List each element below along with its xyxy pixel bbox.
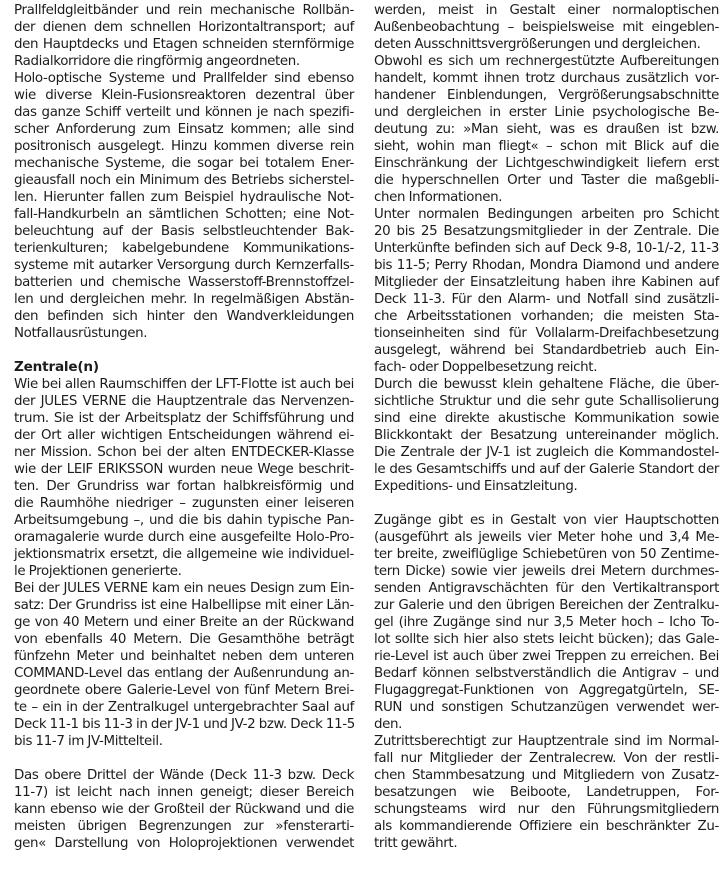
text-line: batterien und chemische Wasserstoff-Bren… (14, 274, 354, 291)
text-line: fall-Handkurbeln an sämtlichen Schotten;… (14, 206, 354, 223)
text-line: terienkulturen; kabelgebundene Kommunika… (14, 240, 354, 257)
text-line: Zugänge gibt es in Gestalt von vier Haup… (374, 512, 719, 529)
text-line: kann ebenso wie der Großteil der Rückwan… (14, 801, 354, 818)
text-line: Das obere Drittel der Wände (Deck 11-3 b… (14, 767, 354, 784)
text-line: chen Informationen. (374, 189, 719, 206)
text-line: RUN und sonstigen Schutzanzügen verwende… (374, 699, 719, 716)
text-line: Außenbeobachtung – beispielsweise mit ei… (374, 19, 719, 36)
text-line: gel (ihre Zugänge sind nur 3,5 Meter hoc… (374, 614, 719, 631)
text-line: der JULES VERNE die Hauptzentrale das Ne… (14, 393, 354, 410)
text-line: ten. Der Grundriss war fortan halbkreisf… (14, 478, 354, 495)
text-line: Mitglieder der Einsatzleitung haben ihre… (374, 274, 719, 291)
text-line: ter breite, zweiflüglige Schiebetüren vo… (374, 546, 719, 563)
text-line: den befinden sich hinter den Wandverklei… (14, 308, 354, 325)
text-line: chen Stammbesatzung und Mitgliedern von … (374, 767, 719, 784)
text-line: Notfallausrüstungen. (14, 325, 354, 342)
text-line: COMMAND-Level das entlang der Außenrundu… (14, 665, 354, 682)
text-line: che Arbeitsstationen vorhanden; die meis… (374, 308, 719, 325)
text-line: meisten übrigen Begrenzungen zur »fenste… (14, 818, 354, 835)
right-column: werden, meist in Gestalt einer normalopt… (374, 2, 719, 852)
text-line: sind eine direkte akustische Kommunikati… (374, 410, 719, 427)
text-line: die Raumhöhe niedriger – zugunsten einer… (14, 495, 354, 512)
text-line: len. Hierunter fallen zum Beispiel hydra… (14, 189, 354, 206)
text-line: Unterkünfte befinden sich auf Deck 9-8, … (374, 240, 719, 257)
paragraph: Wie bei allen Raumschiffen der LFT-Flott… (14, 376, 354, 580)
text-line: handener Einblendungen, Vergrößerungsabs… (374, 87, 719, 104)
text-line: geordnete obere Galerie-Level von fünf M… (14, 682, 354, 699)
text-line: 20 bis 25 Besatzungsmitglieder in der Ze… (374, 223, 719, 240)
text-line: len und dergleichen mehr. In regelmäßige… (14, 291, 354, 308)
text-line: wie der LEIF ERIKSSON wurden neue Wege b… (14, 461, 354, 478)
paragraph-spacer (14, 750, 354, 767)
text-line: zur Galerie und den übrigen Bereichen de… (374, 597, 719, 614)
text-line: te – ein in der Zentralkugel untergebrac… (14, 699, 354, 716)
paragraph: werden, meist in Gestalt einer normalopt… (374, 2, 719, 53)
text-line: Prallfeldgleitbänder und rein mechanisch… (14, 2, 354, 19)
text-line: sichtliche Struktur und die sehr gute Sc… (374, 393, 719, 410)
text-line: werden, meist in Gestalt einer normalopt… (374, 2, 719, 19)
text-line: deten Ausschnittsvergrößerungen und derg… (374, 36, 719, 53)
paragraph: Holo-optische Systeme und Prallfelder si… (14, 70, 354, 342)
text-line: tionseinheiten sind für Vollalarm-Dreifa… (374, 325, 719, 342)
paragraph-spacer (14, 342, 354, 359)
text-line: Blickkontakt der Besatzung untereinander… (374, 427, 719, 444)
text-line: 11-7) ist leicht nach innen geneigt; die… (14, 784, 354, 801)
text-line: positronisch ausgelegt. Hinzu kommen div… (14, 138, 354, 155)
text-line: den Hauptdecks und Etagen schneiden ster… (14, 36, 354, 53)
text-line: Bedarf können selbstverständlich die Ant… (374, 665, 719, 682)
text-line: deutung zu: »Man sieht, was es draußen i… (374, 121, 719, 138)
text-line: sieht, wohin man fliegt« – schon mit Bli… (374, 138, 719, 155)
text-line: Deck 11-1 bis 11-3 in der JV-1 und JV-2 … (14, 716, 354, 733)
text-line: rie-Level ist auch über zwei Treppen zu … (374, 648, 719, 665)
paragraph: Zugänge gibt es in Gestalt von vier Haup… (374, 512, 719, 733)
text-line: besatzungen wie Beiboote, Landetruppen, … (374, 784, 719, 801)
text-line: Durch die bewusst klein gehaltene Fläche… (374, 376, 719, 393)
text-line: (ausgeführt als jeweils vier Meter hohe … (374, 529, 719, 546)
text-line: als kommandierende Offiziere ein beschrä… (374, 818, 719, 835)
text-line: mechanische Systeme, die sogar bei total… (14, 155, 354, 172)
text-line: le des Gesamtschiffs und auf der Galerie… (374, 461, 719, 478)
text-line: wie diverse Klein-Fusionsreaktoren dezen… (14, 87, 354, 104)
text-line: schungsteams wird nur den Führungsmitgli… (374, 801, 719, 818)
text-line: Zutrittsberechtigt zur Hauptzentrale sin… (374, 733, 719, 750)
text-line: lot sollte sich hier also stets leicht b… (374, 631, 719, 648)
text-line: Obwohl es sich um rechnergestützte Aufbe… (374, 53, 719, 70)
paragraph: Prallfeldgleitbänder und rein mechanisch… (14, 2, 354, 70)
text-line: fach- oder Doppelbesetzung reicht. (374, 359, 719, 376)
text-line: ausgelegt, während bei Standardbetrieb a… (374, 342, 719, 359)
section-heading: Zentrale(n) (14, 359, 354, 376)
text-line: Bei der JULES VERNE kam ein neues Design… (14, 580, 354, 597)
text-line: satz: Der Grundriss ist eine Halbellipse… (14, 597, 354, 614)
text-line: gen« Darstellung von Holoprojektionen ve… (14, 835, 354, 852)
text-line: von ebenfalls 40 Metern. Die Gesamthöhe … (14, 631, 354, 648)
text-line: bis 11-7 im JV-Mittelteil. (14, 733, 354, 750)
text-line: Arbeitsumgebung –, und die bis dahin typ… (14, 512, 354, 529)
paragraph: Das obere Drittel der Wände (Deck 11-3 b… (14, 767, 354, 852)
text-line: Unter normalen Bedingungen arbeiten pro … (374, 206, 719, 223)
text-line: ner Mission. Schon bei der alten ENTDECK… (14, 444, 354, 461)
text-line: Wie bei allen Raumschiffen der LFT-Flott… (14, 376, 354, 393)
text-line: Einschränkung der Lichtgeschwindigkeit l… (374, 155, 719, 172)
text-line: ge von 40 Metern und einer Breite an der… (14, 614, 354, 631)
text-line: oramagalerie wurde durch eine ausgefeilt… (14, 529, 354, 546)
text-line: trum. Sie ist der Arbeitsplatz der Schif… (14, 410, 354, 427)
text-line: Radialkorridore die ringförmig angeordne… (14, 53, 354, 70)
paragraph: Unter normalen Bedingungen arbeiten pro … (374, 206, 719, 376)
text-line: senden Antigravschächten für den Vertika… (374, 580, 719, 597)
paragraph: Durch die bewusst klein gehaltene Fläche… (374, 376, 719, 495)
text-line: systeme mit autarker Versorgung durch Ke… (14, 257, 354, 274)
text-line: Deck 11-3. Für den Alarm- und Notfall si… (374, 291, 719, 308)
text-line: und dergleichen in erster Linie psycholo… (374, 104, 719, 121)
text-line: die hyperschnellen Orter und Taster die … (374, 172, 719, 189)
text-line: das ganze Schiff verteilt und können je … (14, 104, 354, 121)
text-line: der Ort aller wichtigen Entscheidungen w… (14, 427, 354, 444)
paragraph: Obwohl es sich um rechnergestützte Aufbe… (374, 53, 719, 206)
text-line: Die Zentrale der JV-1 ist zugleich die K… (374, 444, 719, 461)
text-line: handelt, kommt ihnen trotz durchaus zusä… (374, 70, 719, 87)
paragraph: Bei der JULES VERNE kam ein neues Design… (14, 580, 354, 750)
text-line: scher Anforderung zum Einsatz kommen; al… (14, 121, 354, 138)
text-line: Flugaggregat-Funktionen von Aggregatgürt… (374, 682, 719, 699)
text-line: fall nur Mitglieder der Zentralecrew. Vo… (374, 750, 719, 767)
text-line: den. (374, 716, 719, 733)
text-line: gieausfall noch ein Minimum des Betriebs… (14, 172, 354, 189)
text-line: jektionsmatrix ersetzt, die allgemeine w… (14, 546, 354, 563)
text-line: tritt gewährt. (374, 835, 719, 852)
text-line: bis 11-5; Perry Rhodan, Mondra Diamond u… (374, 257, 719, 274)
text-line: Expeditions- und Einsatzleitung. (374, 478, 719, 495)
paragraph: Zutrittsberechtigt zur Hauptzentrale sin… (374, 733, 719, 852)
text-line: fünfzehn Meter und beinhaltet neben dem … (14, 648, 354, 665)
text-line: Holo-optische Systeme und Prallfelder si… (14, 70, 354, 87)
left-column: Prallfeldgleitbänder und rein mechanisch… (14, 2, 354, 852)
text-line: tern Dicke) sowie vier jeweils drei Mete… (374, 563, 719, 580)
text-line: der dienen dem schnellen Horizontaltrans… (14, 19, 354, 36)
paragraph-spacer (374, 495, 719, 512)
text-line: beleuchtung auf der Basis selbstleuchten… (14, 223, 354, 240)
text-line: le Projektionen generierte. (14, 563, 354, 580)
